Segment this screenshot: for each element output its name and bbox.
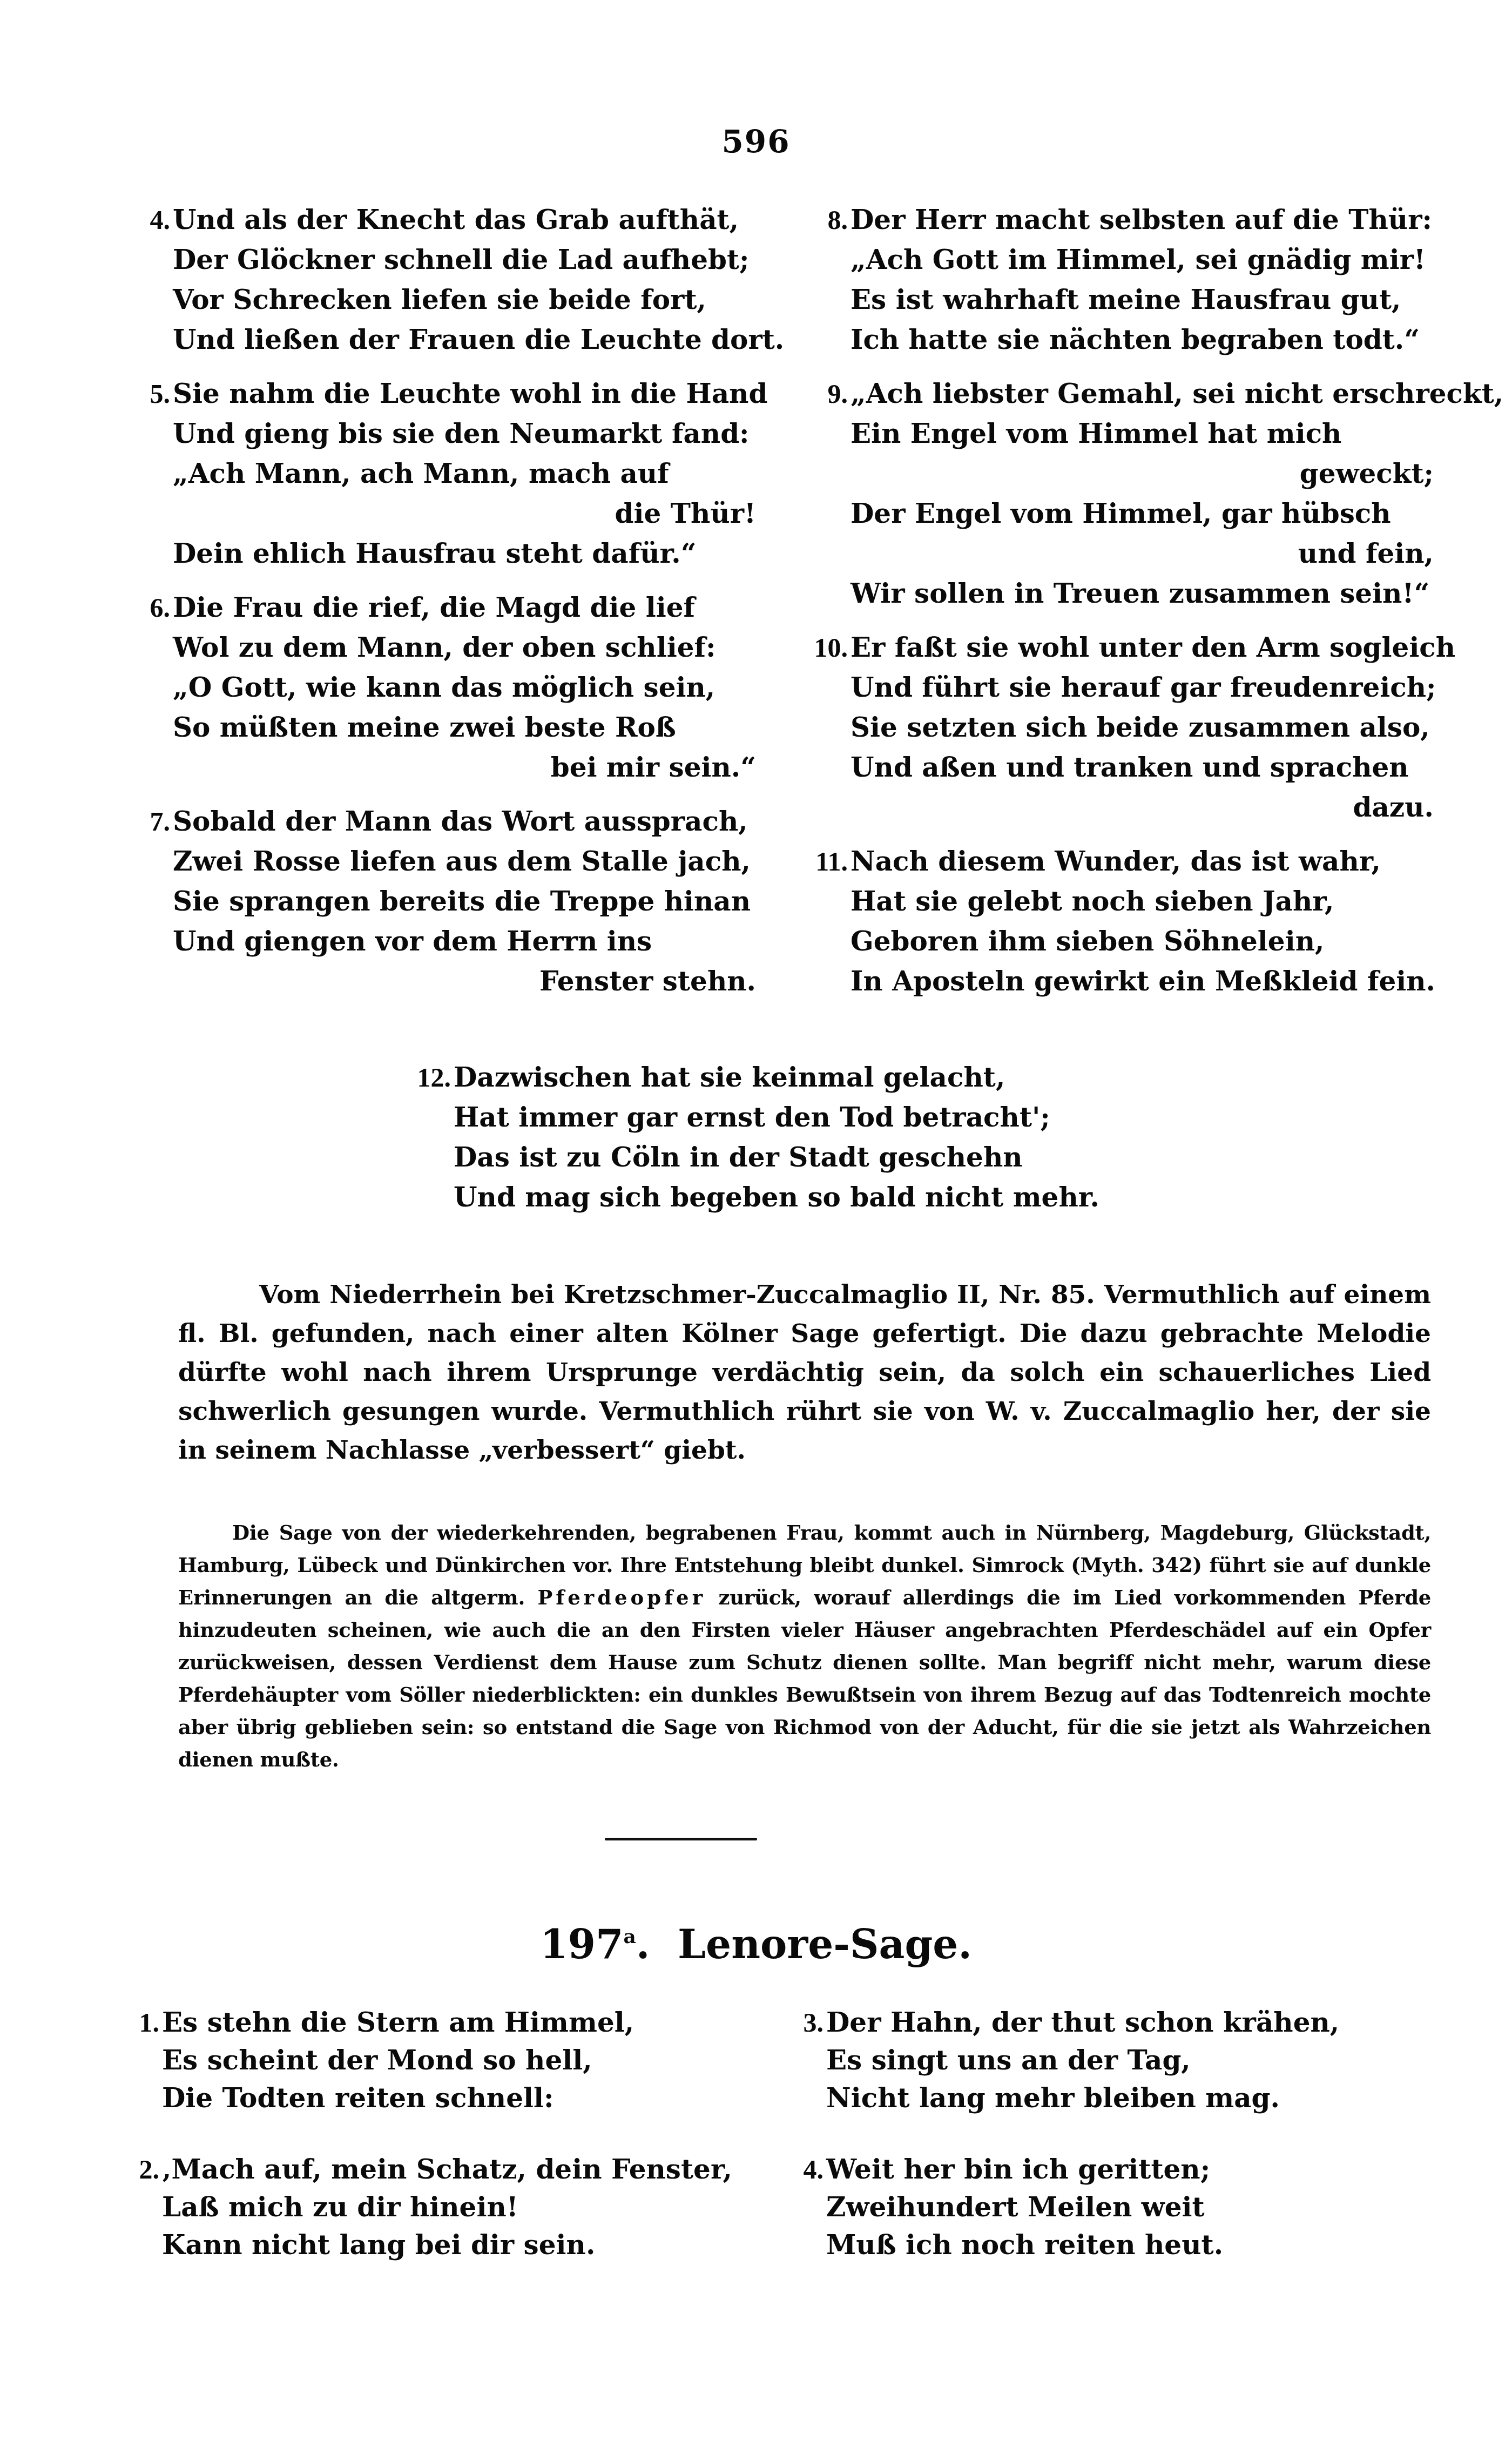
stanza-10: 10. Er faßt sie wohl unter den Arm sogle… (794, 628, 1434, 827)
stanza-number: 6. (116, 588, 170, 628)
verse-line-continuation: und fein, (850, 534, 1434, 574)
verse-line: Vor Schrecken liefen sie beide fort, (173, 280, 756, 320)
verse-line: „Ach liebster Gemahl, sei nicht erschrec… (850, 374, 1434, 414)
lenore-stanza-2: 2. ‚Mach auf, mein Schatz, dein Fenster,… (105, 2150, 769, 2264)
stanza-9: 9. „Ach liebster Gemahl, sei nicht ersch… (794, 374, 1434, 613)
verse-line: Und als der Knecht das Grab aufthät, (173, 200, 756, 240)
section-title: Lenore-Sage. (678, 1921, 972, 1968)
verse-line: Sie setzten sich beide zusammen also, (850, 707, 1434, 747)
verse-line: „O Gott, wie kann das möglich sein, (173, 667, 756, 707)
stanza-number: 3. (769, 2004, 823, 2041)
verse-line: Wol zu dem Mann, der oben schlief: (173, 628, 756, 667)
verse-line: Weit her bin ich geritten; (826, 2150, 1434, 2188)
stanza-11: 11. Nach diesem Wunder, das ist wahr, Ha… (794, 841, 1434, 1001)
verse-line-continuation: die Thür! (173, 494, 756, 534)
verse-line: Hat immer gar ernst den Tod betracht'; (454, 1097, 1145, 1137)
footnote-note: Die Sage von der wiederkehrenden, begrab… (178, 1516, 1431, 1776)
verse-line-continuation: bei mir sein.“ (173, 747, 756, 787)
verse-line: Muß ich noch reiten heut. (826, 2226, 1434, 2264)
lenore-stanza-3: 3. Der Hahn, der thut schon krähen, Es s… (769, 2004, 1434, 2117)
verse-line: ‚Mach auf, mein Schatz, dein Fenster, (162, 2150, 769, 2188)
page-number: 596 (0, 123, 1512, 160)
verse-line: Der Herr macht selbsten auf die Thür: (850, 200, 1434, 240)
verse-line-continuation: geweckt; (850, 454, 1434, 494)
stanza-number: 7. (116, 801, 170, 841)
verse-line: Sobald der Mann das Wort aussprach, (173, 801, 756, 841)
verse-line: Sie sprangen bereits die Treppe hinan (173, 881, 756, 921)
section-heading: 197a. Lenore-Sage. (0, 1921, 1512, 1968)
verse-line: So müßten meine zwei beste Roß (173, 707, 756, 747)
verse-line: Laß mich zu dir hinein! (162, 2188, 769, 2226)
stanza-6: 6. Die Frau die rief, die Magd die lief … (116, 588, 756, 787)
lenore-left-column: 1. Es stehn die Stern am Himmel, Es sche… (105, 2004, 769, 2297)
stanza-7: 7. Sobald der Mann das Wort aussprach, Z… (116, 801, 756, 1001)
verse-line: Zwei Rosse liefen aus dem Stalle jach, (173, 841, 756, 881)
lenore-stanza-4: 4. Weit her bin ich geritten; Zweihunder… (769, 2150, 1434, 2264)
stanza-number: 9. (794, 374, 848, 414)
verse-line: Es singt uns an der Tag, (826, 2041, 1434, 2079)
verse-line: In Aposteln gewirkt ein Meßkleid fein. (850, 961, 1434, 1001)
footnote-emphasis: Pferdeopfer (537, 1586, 706, 1609)
verse-line: Es stehn die Stern am Himmel, (162, 2004, 769, 2041)
verse-line: Er faßt sie wohl unter den Arm sogleich (850, 628, 1434, 667)
stanza-number: 12. (389, 1057, 451, 1097)
verse-line: Das ist zu Cöln in der Stadt geschehn (454, 1137, 1145, 1177)
section-punct: . (636, 1921, 650, 1968)
verse-line: Zweihundert Meilen weit (826, 2188, 1434, 2226)
verse-line: „Ach Mann, ach Mann, mach auf (173, 454, 756, 494)
verse-line: Der Engel vom Himmel, gar hübsch (850, 494, 1434, 534)
verse-line: Es ist wahrhaft meine Hausfrau gut, (850, 280, 1434, 320)
lenore-poem: 1. Es stehn die Stern am Himmel, Es sche… (105, 2004, 1434, 2297)
verse-line: Wir sollen in Treuen zusammen sein!“ (850, 574, 1434, 613)
verse-line: Die Todten reiten schnell: (162, 2079, 769, 2117)
poem-columns: 4. Und als der Knecht das Grab aufthät, … (116, 200, 1434, 1015)
verse-line: Es scheint der Mond so hell, (162, 2041, 769, 2079)
verse-line: Und führt sie herauf gar freudenreich; (850, 667, 1434, 707)
poem-right-column: 8. Der Herr macht selbsten auf die Thür:… (794, 200, 1434, 1015)
stanza-number: 1. (105, 2004, 159, 2041)
section-suffix: a (623, 1925, 636, 1948)
lenore-stanza-1: 1. Es stehn die Stern am Himmel, Es sche… (105, 2004, 769, 2117)
stanza-number: 5. (116, 374, 170, 414)
stanza-number: 4. (769, 2150, 823, 2188)
stanza-8: 8. Der Herr macht selbsten auf die Thür:… (794, 200, 1434, 360)
verse-line: Und gieng bis sie den Neumarkt fand: (173, 414, 756, 454)
footnote-text-part2: zurück, worauf allerdings die im Lied vo… (178, 1586, 1431, 1771)
verse-line: Kann nicht lang bei dir sein. (162, 2226, 769, 2264)
verse-line: Ich hatte sie nächten begraben todt.“ (850, 320, 1434, 360)
verse-line: Ein Engel vom Himmel hat mich (850, 414, 1434, 454)
verse-line: „Ach Gott im Himmel, sei gnädig mir! (850, 240, 1434, 280)
verse-line: Nach diesem Wunder, das ist wahr, (850, 841, 1434, 881)
verse-line: Geboren ihm sieben Söhnelein, (850, 921, 1434, 961)
verse-line: Der Hahn, der thut schon krähen, (826, 2004, 1434, 2041)
poem-left-column: 4. Und als der Knecht das Grab aufthät, … (116, 200, 756, 1015)
section-number: 197 (540, 1921, 623, 1968)
verse-line-continuation: Fenster stehn. (173, 961, 756, 1001)
stanza-number: 8. (794, 200, 848, 240)
poem-center-stanza: 12. Dazwischen hat sie keinmal gelacht, … (389, 1057, 1145, 1231)
stanza-number: 10. (794, 628, 848, 667)
verse-line: Und mag sich begeben so bald nicht mehr. (454, 1177, 1145, 1217)
verse-line: Der Glöckner schnell die Lad aufhebt; (173, 240, 756, 280)
verse-line: Sie nahm die Leuchte wohl in die Hand (173, 374, 756, 414)
stanza-number: 2. (105, 2150, 159, 2188)
section-divider (605, 1838, 757, 1840)
stanza-5: 5. Sie nahm die Leuchte wohl in die Hand… (116, 374, 756, 574)
verse-line-continuation: dazu. (850, 787, 1434, 827)
verse-line: Dazwischen hat sie keinmal gelacht, (454, 1057, 1145, 1097)
stanza-4: 4. Und als der Knecht das Grab aufthät, … (116, 200, 756, 360)
stanza-number: 11. (794, 841, 848, 881)
verse-line: Hat sie gelebt noch sieben Jahr, (850, 881, 1434, 921)
source-commentary: Vom Niederrhein bei Kretzschmer-Zuccalma… (178, 1276, 1431, 1470)
verse-line: Und aßen und tranken und sprachen (850, 747, 1434, 787)
verse-line: Und ließen der Frauen die Leuchte dort. (173, 320, 756, 360)
lenore-right-column: 3. Der Hahn, der thut schon krähen, Es s… (769, 2004, 1434, 2297)
stanza-number: 4. (116, 200, 170, 240)
verse-line: Dein ehlich Hausfrau steht dafür.“ (173, 534, 756, 574)
stanza-12: 12. Dazwischen hat sie keinmal gelacht, … (389, 1057, 1145, 1217)
verse-line: Nicht lang mehr bleiben mag. (826, 2079, 1434, 2117)
verse-line: Die Frau die rief, die Magd die lief (173, 588, 756, 628)
verse-line: Und giengen vor dem Herrn ins (173, 921, 756, 961)
